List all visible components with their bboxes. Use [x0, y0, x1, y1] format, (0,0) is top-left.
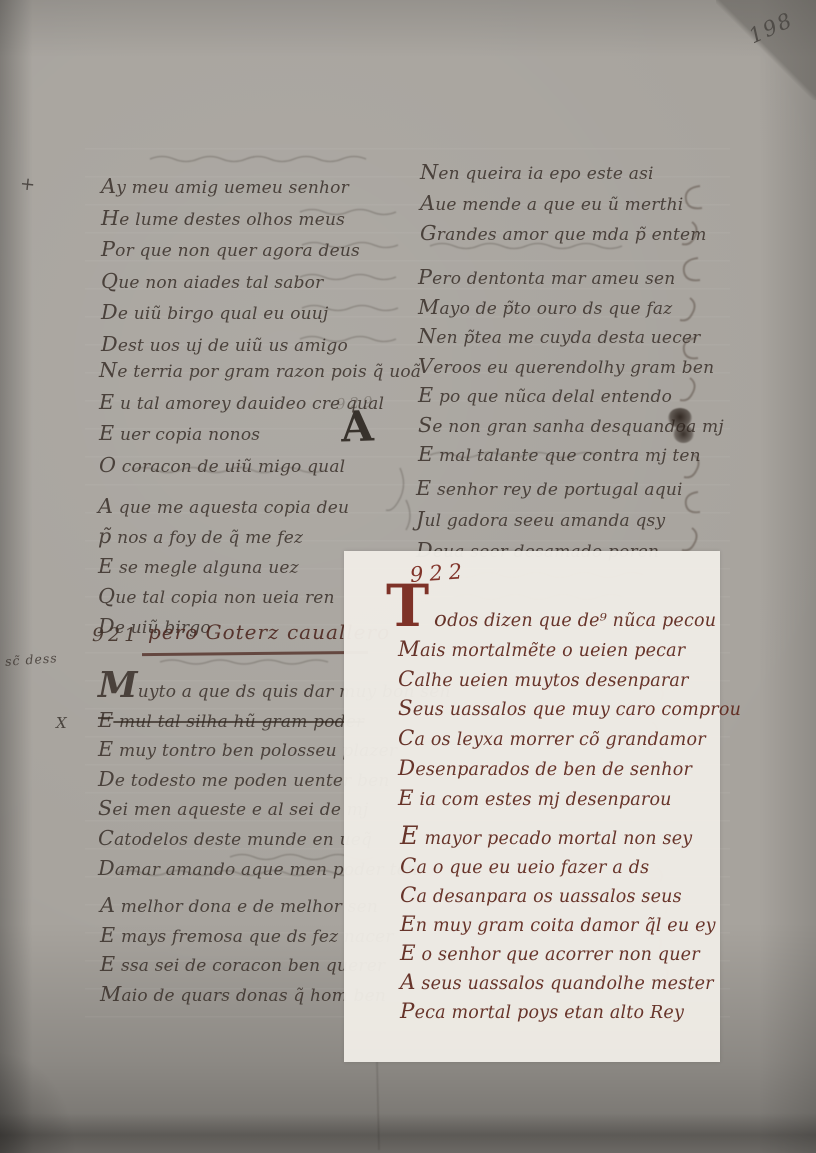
manuscript-line: Aue mende a que eu ũ merthi	[420, 189, 707, 220]
manuscript-line: Seus uassalos que muy caro comprou	[398, 695, 741, 725]
corner-cut-shading	[716, 0, 816, 100]
manuscript-line: A que me aquesta copia deu	[98, 492, 349, 522]
manuscript-line: Que tal copia non ueia ren	[98, 582, 349, 612]
manuscript-line: Jul gadora seeu amanda qsy	[416, 505, 683, 536]
manuscript-line: E se megle alguna uez	[98, 552, 349, 582]
manuscript-line: Nen p̃tea me cuyda desta uecer	[418, 323, 724, 353]
manuscript-line: A seus uassalos quandolhe mester	[400, 969, 716, 998]
margin-cross-mark: +	[19, 173, 36, 195]
left-column-stanza-1: Ay meu amig uemeu senhorHe lume destes o…	[101, 172, 360, 362]
manuscript-line: Ca o que eu ueio fazer a ds	[400, 853, 716, 882]
manuscript-line: E mal talante que contra mj ten	[418, 441, 724, 471]
ink-blot-lower	[673, 425, 694, 443]
manuscript-line: E ia com estes mj desenparou	[398, 785, 741, 815]
margin-x-mark: X	[56, 714, 67, 732]
manuscript-line: Grandes amor que mda p̃ entem	[420, 219, 707, 250]
manuscript-line: p̃ nos a foy de q̃ me fez	[98, 522, 349, 552]
manuscript-line: E mayor pecado mortal non sey	[400, 822, 716, 853]
manuscript-line: Peca mortal poys etan alto Rey	[400, 998, 716, 1027]
manuscript-line: Ay meu amig uemeu senhor	[101, 172, 360, 204]
manuscript-line: E u tal amorey dauideo cre qual	[99, 388, 421, 420]
manuscript-line: Por que non quer agora deus	[101, 235, 360, 267]
manuscript-line: Calhe ueien muytos desenparar	[398, 666, 741, 696]
manuscript-line: Mais mortalmẽte o ueien pecar	[398, 636, 741, 666]
poem-number-921: 921	[92, 624, 140, 646]
left-column-stanza-2: Ne terria por gram razon pois q̃ uoãE u …	[99, 356, 421, 482]
manuscript-line: Veroos eu querendolhy gram ben	[418, 353, 724, 383]
bottom-edge-shading	[0, 1113, 816, 1153]
highlight-stanza-1: odos dizen que de⁹ nũca pecouMais mortal…	[398, 606, 741, 815]
manuscript-line: E uer copia nonos	[99, 419, 421, 451]
manuscript-line: En muy gram coita damor q̃l eu ey	[400, 911, 716, 940]
manuscript-line: Desenparados de ben de senhor	[398, 755, 741, 785]
right-column-stanza-1: Nen queira ia epo este asiAue mende a qu…	[420, 158, 707, 250]
manuscript-line: He lume destes olhos meus	[101, 204, 360, 236]
rubric-underline	[142, 651, 368, 656]
manuscript-line: Que non aiades tal sabor	[101, 267, 360, 299]
manuscript-line: Pero dentonta mar ameu sen	[418, 264, 724, 294]
manuscript-line: Ca os leyxa morrer cõ grandamor	[398, 725, 741, 755]
manuscript-line: O coracon de uiũ migo qual	[99, 451, 421, 483]
margin-note: sc̃ dess	[5, 650, 59, 669]
manuscript-line: E senhor rey de portugal aqui	[416, 474, 683, 505]
manuscript-page: 198 + sc̃ dess X 929 A Ay meu amig uemeu…	[0, 0, 816, 1153]
manuscript-line: odos dizen que de⁹ nũca pecou	[398, 606, 741, 636]
manuscript-line: Nen queira ia epo este asi	[420, 158, 707, 189]
highlight-region: 922 T odos dizen que de⁹ nũca pecouMais …	[344, 551, 720, 1062]
manuscript-line: Ca desanpara os uassalos seus	[400, 882, 716, 911]
highlight-stanza-2: E mayor pecado mortal non seyCa o que eu…	[400, 822, 716, 1027]
manuscript-line: E o senhor que acorrer non quer	[400, 940, 716, 969]
manuscript-line: Mayo de p̃to ouro ds que faz	[418, 294, 724, 324]
manuscript-line: De uiũ birgo qual eu ouuj	[101, 298, 360, 330]
manuscript-line: Ne terria por gram razon pois q̃ uoã	[99, 356, 421, 388]
